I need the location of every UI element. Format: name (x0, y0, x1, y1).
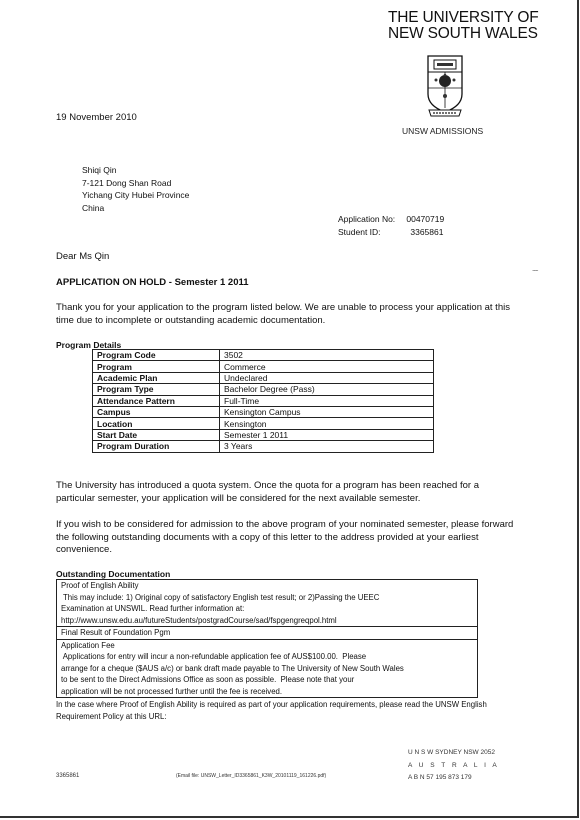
application-no-label: Application No: (338, 213, 404, 226)
program-detail-value: 3502 (220, 350, 434, 361)
separator-dots: ...... (532, 266, 538, 273)
program-detail-label: Campus (93, 406, 220, 417)
table-row: ProgramCommerce (93, 361, 434, 372)
application-no-value: 00470719 (406, 214, 444, 224)
outstanding-document-detail: arrange for a cheque ($AUS a/c) or bank … (61, 663, 473, 675)
table-row: Program Code3502 (93, 350, 434, 361)
outstanding-document-detail: This may include: 1) Original copy of sa… (61, 592, 473, 604)
unsw-crest-icon (425, 54, 465, 118)
application-info: Application No: 00470719 Student ID: 336… (338, 213, 444, 238)
student-id-value: 3365861 (406, 227, 443, 237)
letter-page: THE UNIVERSITY OF NEW SOUTH WALES UNSW A… (0, 0, 579, 818)
recipient-address: Shiqi Qin 7-121 Dong Shan Road Yichang C… (82, 164, 189, 214)
outstanding-documentation-table: Proof of English Ability This may includ… (56, 579, 478, 698)
intro-paragraph: Thank you for your application to the pr… (56, 302, 516, 327)
outstanding-document-detail: application will be not processed furthe… (61, 686, 473, 698)
table-row: CampusKensington Campus (93, 406, 434, 417)
program-detail-label: Academic Plan (93, 372, 220, 383)
recipient-country: China (82, 202, 189, 215)
table-row: Program Duration3 Years (93, 441, 434, 452)
footer-address: U N S W SYDNEY NSW 2052 A U S T R A L I … (408, 747, 499, 785)
outstanding-document-title: Final Result of Foundation Pgm (61, 627, 473, 639)
program-detail-value: 3 Years (220, 441, 434, 452)
outstanding-document-detail: to be sent to the Direct Admissions Offi… (61, 674, 473, 686)
program-detail-value: Commerce (220, 361, 434, 372)
program-detail-value: Full-Time (220, 395, 434, 406)
outstanding-document-detail: Applications for entry will incur a non-… (61, 651, 473, 663)
program-detail-label: Location (93, 418, 220, 429)
program-detail-label: Attendance Pattern (93, 395, 220, 406)
program-detail-label: Program Code (93, 350, 220, 361)
table-row: Attendance PatternFull-Time (93, 395, 434, 406)
table-row: LocationKensington (93, 418, 434, 429)
table-row: Academic PlanUndeclared (93, 372, 434, 383)
recipient-name: Shiqi Qin (82, 164, 189, 177)
recipient-street: 7-121 Dong Shan Road (82, 177, 189, 190)
university-name: THE UNIVERSITY OF NEW SOUTH WALES (388, 10, 538, 42)
salutation: Dear Ms Qin (56, 251, 109, 262)
program-detail-value: Kensington (220, 418, 434, 429)
program-detail-value: Kensington Campus (220, 406, 434, 417)
quota-paragraph: The University has introduced a quota sy… (56, 480, 516, 505)
letter-title: APPLICATION ON HOLD - Semester 1 2011 (56, 277, 249, 288)
recipient-city: Yichang City Hubei Province (82, 189, 189, 202)
university-name-line2: NEW SOUTH WALES (388, 26, 538, 42)
footer-address-line1: U N S W SYDNEY NSW 2052 (408, 747, 499, 760)
outstanding-document-title: Application Fee (61, 640, 473, 652)
student-id-label: Student ID: (338, 226, 404, 239)
program-detail-value: Semester 1 2011 (220, 429, 434, 440)
table-row: Program TypeBachelor Degree (Pass) (93, 384, 434, 395)
outstanding-document-item: Proof of English Ability This may includ… (57, 580, 477, 627)
university-name-line1: THE UNIVERSITY OF (388, 10, 538, 26)
department-name: UNSW ADMISSIONS (402, 126, 483, 136)
english-policy-paragraph: In the case where Proof of English Abili… (56, 699, 516, 722)
outstanding-document-detail: Examination at UNSWIL. Read further info… (61, 603, 473, 615)
outstanding-document-title: Proof of English Ability (61, 580, 473, 592)
forward-paragraph: If you wish to be considered for admissi… (56, 519, 516, 557)
footer-address-line2: A U S T R A L I A (408, 760, 499, 773)
outstanding-documentation-heading: Outstanding Documentation (56, 569, 170, 579)
outstanding-document-detail: http://www.unsw.edu.au/futureStudents/po… (61, 615, 473, 627)
footer-abn: A B N 57 195 873 179 (408, 772, 499, 785)
program-detail-value: Bachelor Degree (Pass) (220, 384, 434, 395)
footer-email-file: (Email file: UNSW_Letter_ID3365861_K3W_2… (176, 773, 326, 779)
outstanding-document-item: Application Fee Applications for entry w… (57, 640, 477, 698)
outstanding-document-item: Final Result of Foundation Pgm (57, 627, 477, 640)
letter-date: 19 November 2010 (56, 112, 137, 123)
program-detail-label: Program Type (93, 384, 220, 395)
program-detail-value: Undeclared (220, 372, 434, 383)
program-detail-label: Program Duration (93, 441, 220, 452)
table-row: Start DateSemester 1 2011 (93, 429, 434, 440)
program-detail-label: Start Date (93, 429, 220, 440)
footer-student-id: 3365861 (56, 773, 79, 779)
program-details-table: Program Code3502ProgramCommerceAcademic … (92, 349, 434, 453)
program-detail-label: Program (93, 361, 220, 372)
